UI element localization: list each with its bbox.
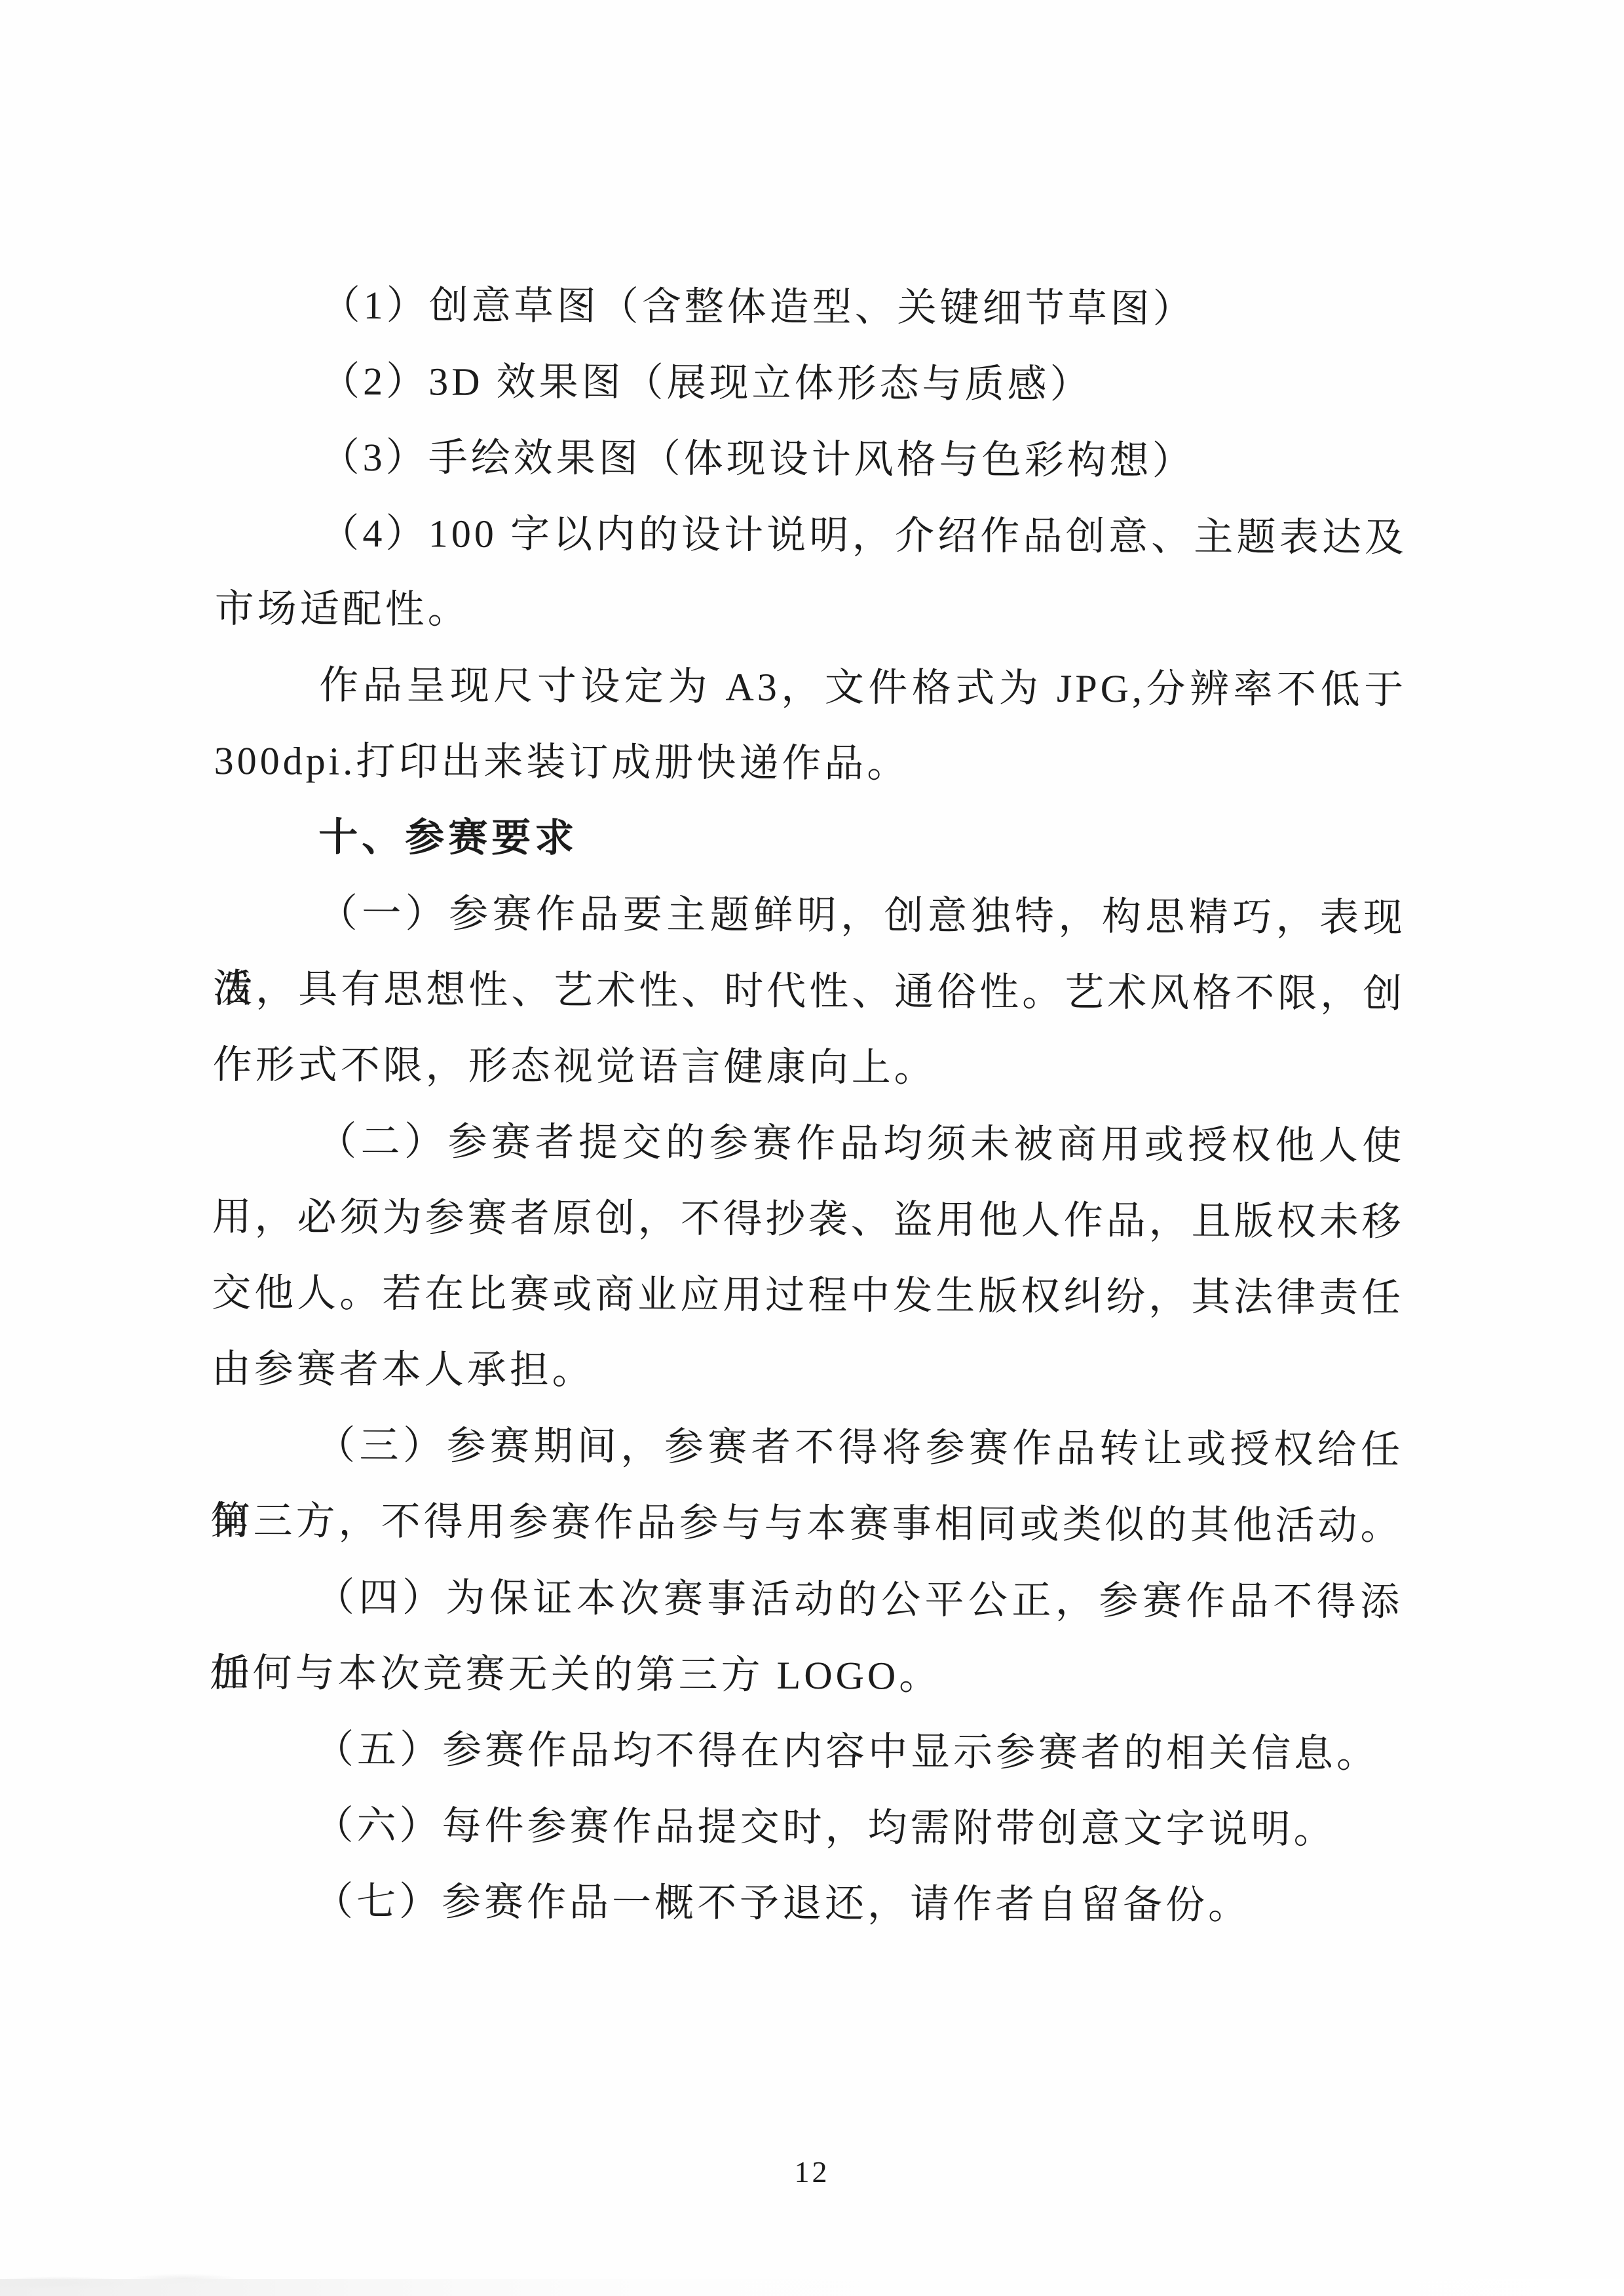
doc-line: 300dpi.打印出来装订成册快递作品。	[214, 723, 1406, 804]
doc-line: （2）3D 效果图（展现立体形态与质感）	[216, 343, 1408, 424]
doc-line: 交他人。若在比赛或商业应用过程中发生版权纠纷，其法律责任	[212, 1255, 1404, 1336]
document-body: （1）创意草图（含整体造型、关键细节草图） （2）3D 效果图（展现立体形态与质…	[209, 267, 1408, 1944]
doc-line: （七）参赛作品一概不予退还，请作者自留备份。	[209, 1863, 1401, 1944]
scanned-document-page: （1）创意草图（含整体造型、关键细节草图） （2）3D 效果图（展现立体形态与质…	[0, 0, 1624, 2296]
doc-line: 作形式不限，形态视觉语言健康向上。	[212, 1027, 1405, 1108]
scan-edge-artifact	[0, 2279, 1624, 2296]
doc-line: （五）参赛作品均不得在内容中显示参赛者的相关信息。	[210, 1711, 1402, 1792]
doc-line: 用，必须为参赛者原创，不得抄袭、盗用他人作品，且版权未移	[212, 1179, 1404, 1260]
doc-line: 泼，具有思想性、艺术性、时代性、通俗性。艺术风格不限，创	[213, 951, 1405, 1032]
doc-line: 任何与本次竞赛无关的第三方 LOGO。	[210, 1635, 1402, 1716]
doc-line: （三）参赛期间，参赛者不得将参赛作品转让或授权给任何	[211, 1407, 1403, 1488]
doc-line: （六）每件参赛作品提交时，均需附带创意文字说明。	[209, 1787, 1401, 1868]
doc-line: （3）手绘效果图（体现设计风格与色彩构想）	[215, 419, 1407, 500]
doc-line: （二）参赛者提交的参赛作品均须未被商用或授权他人使	[212, 1103, 1405, 1184]
doc-line: （四）为保证本次赛事活动的公平公正，参赛作品不得添加	[210, 1559, 1403, 1640]
doc-line: （一）参赛作品要主题鲜明，创意独特，构思精巧，表现活	[213, 875, 1405, 956]
doc-line: 市场适配性。	[214, 571, 1407, 652]
page-number: 12	[0, 2154, 1624, 2189]
doc-line: 作品呈现尺寸设定为 A3，文件格式为 JPG,分辨率不低于	[214, 647, 1407, 728]
doc-line: 第三方，不得用参赛作品参与与本赛事相同或类似的其他活动。	[210, 1483, 1403, 1564]
section-heading: 十、参赛要求	[214, 799, 1406, 880]
doc-line: 由参赛者本人承担。	[211, 1331, 1403, 1412]
doc-line: （1）创意草图（含整体造型、关键细节草图）	[216, 267, 1408, 348]
doc-line: （4）100 字以内的设计说明，介绍作品创意、主题表达及	[215, 495, 1407, 576]
